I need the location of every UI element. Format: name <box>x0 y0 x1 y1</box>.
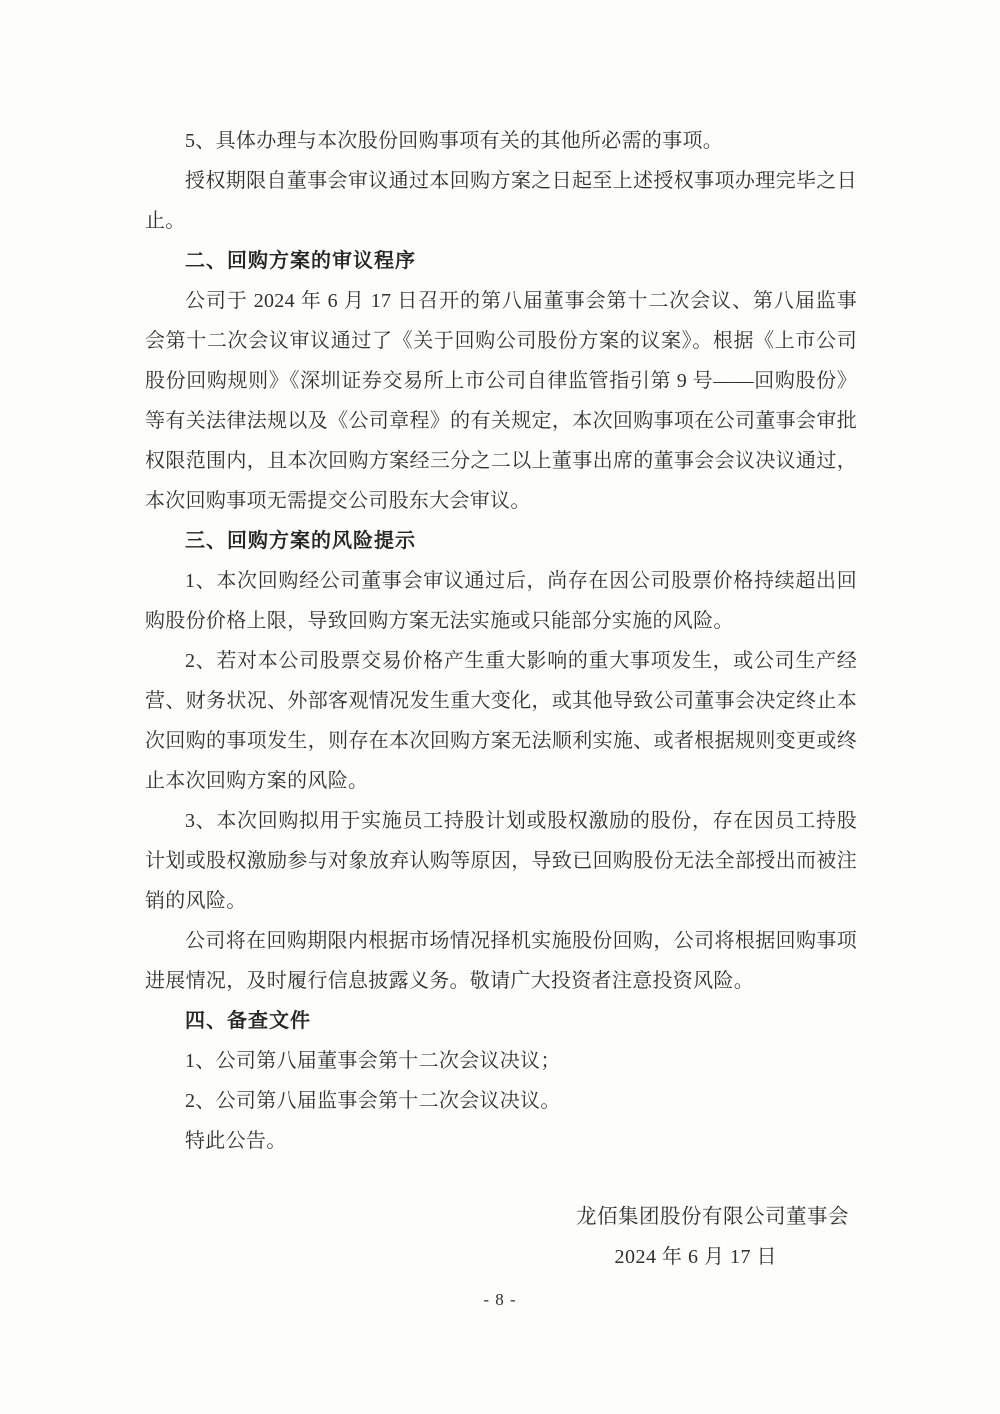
paragraph: 1、本次回购经公司董事会审议通过后，尚存在因公司股票价格持续超出回购股份价格上限… <box>145 561 857 641</box>
section-heading: 二、回购方案的审议程序 <box>145 241 857 281</box>
document-body: 5、具体办理与本次股份回购事项有关的其他所必需的事项。授权期限自董事会审议通过本… <box>145 121 857 1161</box>
signature-company: 龙佰集团股份有限公司董事会 <box>145 1197 849 1237</box>
paragraph: 2、公司第八届监事会第十二次会议决议。 <box>145 1081 857 1121</box>
paragraph: 公司于 2024 年 6 月 17 日召开的第八届董事会第十二次会议、第八届监事… <box>145 281 857 521</box>
paragraph: 授权期限自董事会审议通过本回购方案之日起至上述授权事项办理完毕之日止。 <box>145 161 857 241</box>
paragraph: 1、公司第八届董事会第十二次会议决议； <box>145 1041 857 1081</box>
document-content: 5、具体办理与本次股份回购事项有关的其他所必需的事项。授权期限自董事会审议通过本… <box>145 121 857 1277</box>
section-heading: 四、备查文件 <box>145 1001 857 1041</box>
document-page: 5、具体办理与本次股份回购事项有关的其他所必需的事项。授权期限自董事会审议通过本… <box>0 0 1000 1414</box>
paragraph: 3、本次回购拟用于实施员工持股计划或股权激励的股份，存在因员工持股计划或股权激励… <box>145 801 857 921</box>
paragraph: 5、具体办理与本次股份回购事项有关的其他所必需的事项。 <box>145 121 857 161</box>
paragraph: 特此公告。 <box>145 1121 857 1161</box>
page-number: - 8 - <box>0 1290 1000 1310</box>
paragraph: 公司将在回购期限内根据市场情况择机实施股份回购，公司将根据回购事项进展情况，及时… <box>145 921 857 1001</box>
signature-date: 2024 年 6 月 17 日 <box>145 1237 777 1277</box>
paragraph: 2、若对本公司股票交易价格产生重大影响的重大事项发生，或公司生产经营、财务状况、… <box>145 641 857 801</box>
signature-block: 龙佰集团股份有限公司董事会 2024 年 6 月 17 日 <box>145 1197 857 1277</box>
section-heading: 三、回购方案的风险提示 <box>145 521 857 561</box>
